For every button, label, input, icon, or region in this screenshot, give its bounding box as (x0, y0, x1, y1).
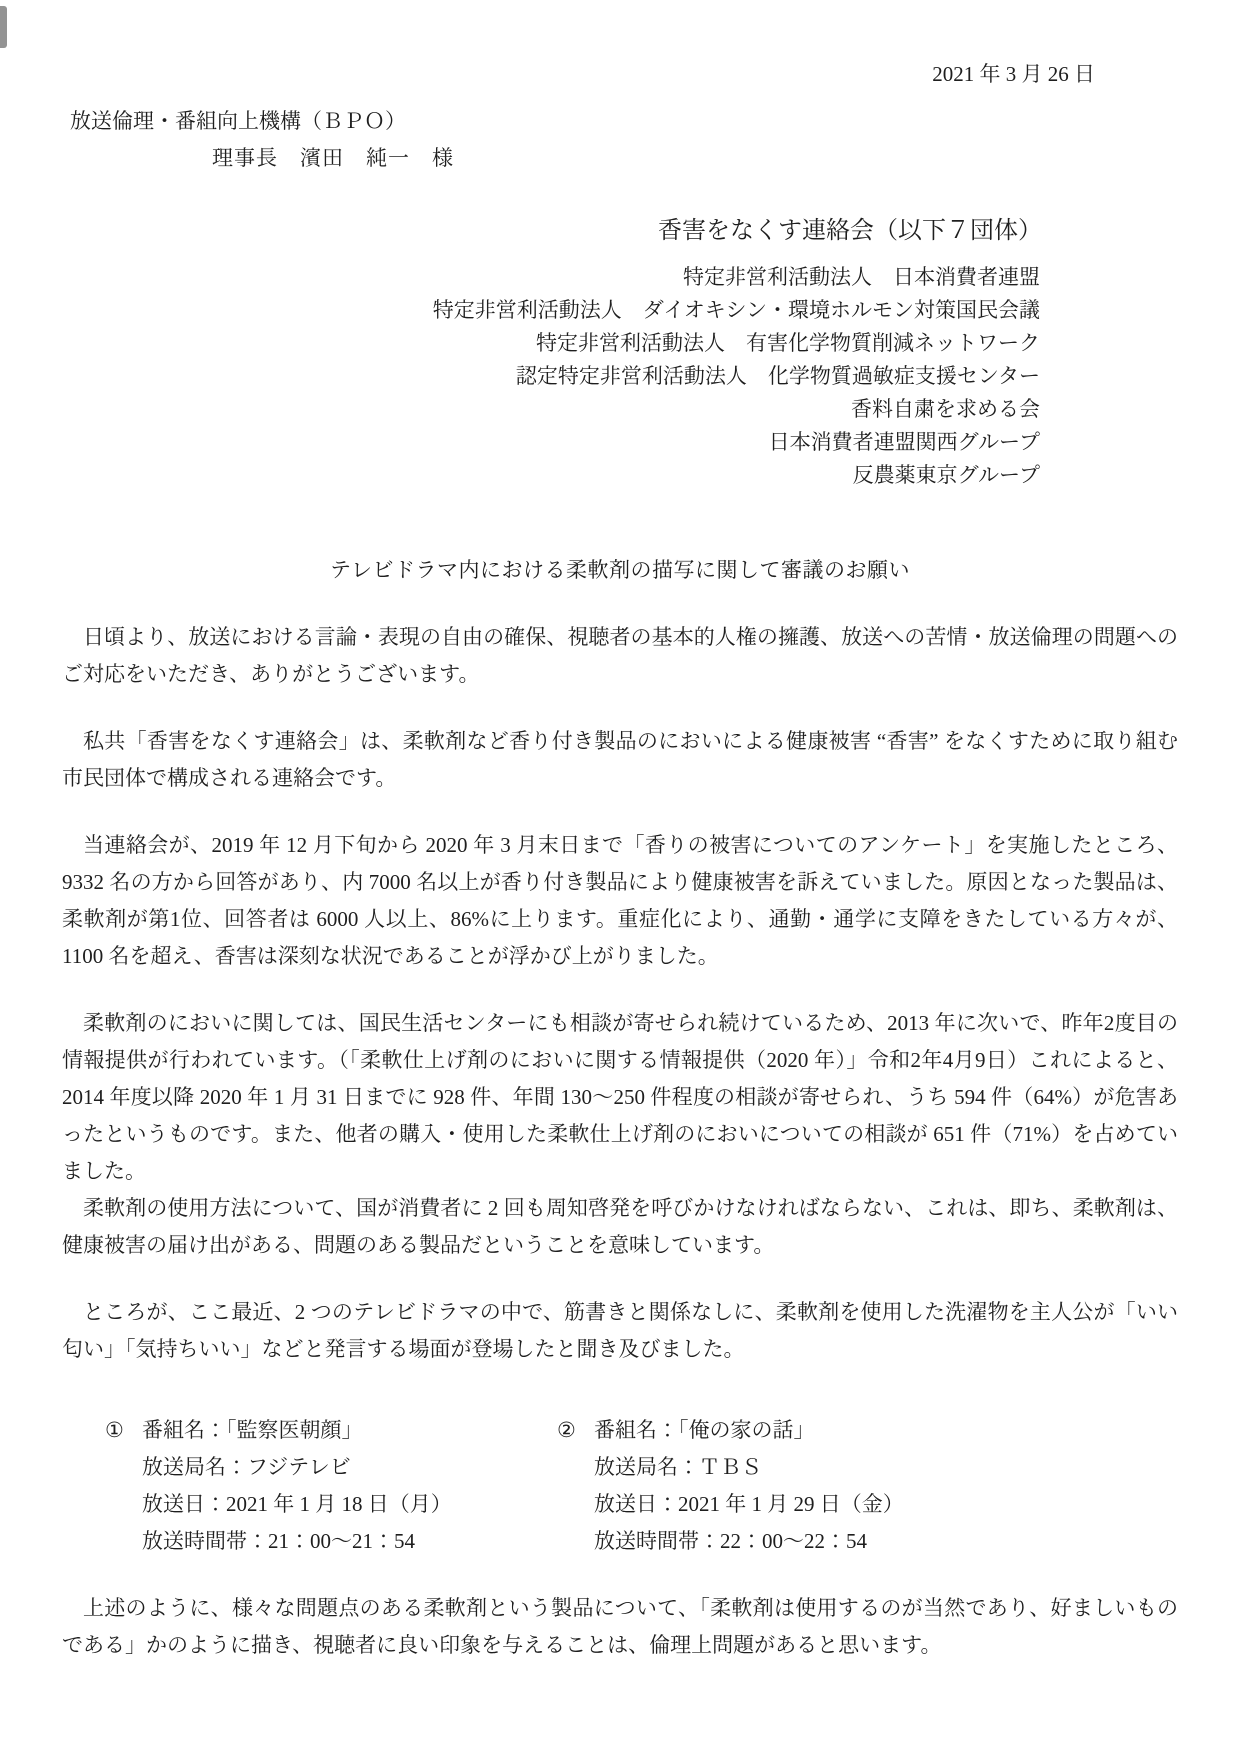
paragraph-survey: 当連絡会が、2019 年 12 月下旬から 2020 年 3 月末日まで「香りの… (62, 827, 1178, 975)
sender-organization: 特定非営利活動法人 ダイオキシン・環境ホルモン対策国民会議 (62, 294, 1040, 327)
program-air-date: 放送日：2021 年 1 月 29 日（金） (557, 1486, 1009, 1523)
paragraph-introduction: 私共「香害をなくす連絡会」は、柔軟剤など香り付き製品のにおいによる健康被害 “香… (62, 723, 1178, 797)
sender-organization: 日本消費者連盟関西グループ (62, 426, 1040, 459)
letter-date: 2021 年 3 月 26 日 (62, 56, 1178, 93)
program-title-line: ① 番組名：「監察医朝顔」 (105, 1412, 557, 1449)
sender-organization: 特定非営利活動法人 日本消費者連盟 (62, 261, 1040, 294)
program-number: ① (105, 1412, 142, 1449)
program-item-2: ② 番組名：「俺の家の話」 放送局名：ＴＢＳ 放送日：2021 年 1 月 29… (557, 1412, 1009, 1560)
sender-organization: 特定非営利活動法人 有害化学物質削減ネットワーク (62, 327, 1040, 360)
program-air-date: 放送日：2021 年 1 月 18 日（月） (105, 1486, 557, 1523)
sender-group-name: 香害をなくす連絡会（以下７団体） (62, 213, 1178, 249)
paragraph-greeting: 日頃より、放送における言論・表現の自由の確保、視聴者の基本的人権の擁護、放送への… (62, 619, 1178, 693)
program-name: 番組名：「俺の家の話」 (594, 1418, 815, 1442)
paragraph-closing: 上述のように、様々な問題点のある柔軟剤という製品について、「柔軟剤は使用するのが… (62, 1590, 1178, 1664)
document-title: テレビドラマ内における柔軟剤の描写に関して審議のお願い (62, 552, 1178, 589)
program-time-slot: 放送時間帯：21：00〜21：54 (105, 1523, 557, 1560)
program-number: ② (557, 1412, 594, 1449)
program-list: ① 番組名：「監察医朝顔」 放送局名：フジテレビ 放送日：2021 年 1 月 … (62, 1412, 1178, 1560)
paragraph-usage-warning: 柔軟剤の使用方法について、国が消費者に 2 回も周知啓発を呼びかけなければならな… (62, 1190, 1178, 1264)
scan-artifact (0, 6, 7, 48)
paragraph-kokumin-center: 柔軟剤のにおいに関しては、国民生活センターにも相談が寄せられ続けているため、20… (62, 1005, 1178, 1190)
letter-body: 日頃より、放送における言論・表現の自由の確保、視聴者の基本的人権の擁護、放送への… (62, 619, 1178, 1368)
recipient-organization: 放送倫理・番組向上機構（ＢＰＯ） (62, 103, 1178, 140)
paragraph-dramas: ところが、ここ最近、2 つのテレビドラマの中で、筋書きと関係なしに、柔軟剤を使用… (62, 1294, 1178, 1368)
program-time-slot: 放送時間帯：22：00〜22：54 (557, 1523, 1009, 1560)
sender-organization: 認定特定非営利活動法人 化学物質過敏症支援センター (62, 360, 1040, 393)
program-station: 放送局名：ＴＢＳ (557, 1449, 1009, 1486)
program-title-line: ② 番組名：「俺の家の話」 (557, 1412, 1009, 1449)
sender-organization: 香料自粛を求める会 (62, 393, 1040, 426)
program-name: 番組名：「監察医朝顔」 (142, 1418, 363, 1442)
recipient-addressee: 理事長 濱田 純一 様 (62, 140, 1178, 177)
program-station: 放送局名：フジテレビ (105, 1449, 557, 1486)
program-item-1: ① 番組名：「監察医朝顔」 放送局名：フジテレビ 放送日：2021 年 1 月 … (105, 1412, 557, 1560)
sender-organization-list: 特定非営利活動法人 日本消費者連盟 特定非営利活動法人 ダイオキシン・環境ホルモ… (62, 261, 1178, 492)
letter-page: 2021 年 3 月 26 日 放送倫理・番組向上機構（ＢＰＯ） 理事長 濱田 … (0, 0, 1240, 1754)
sender-organization: 反農薬東京グループ (62, 459, 1040, 492)
